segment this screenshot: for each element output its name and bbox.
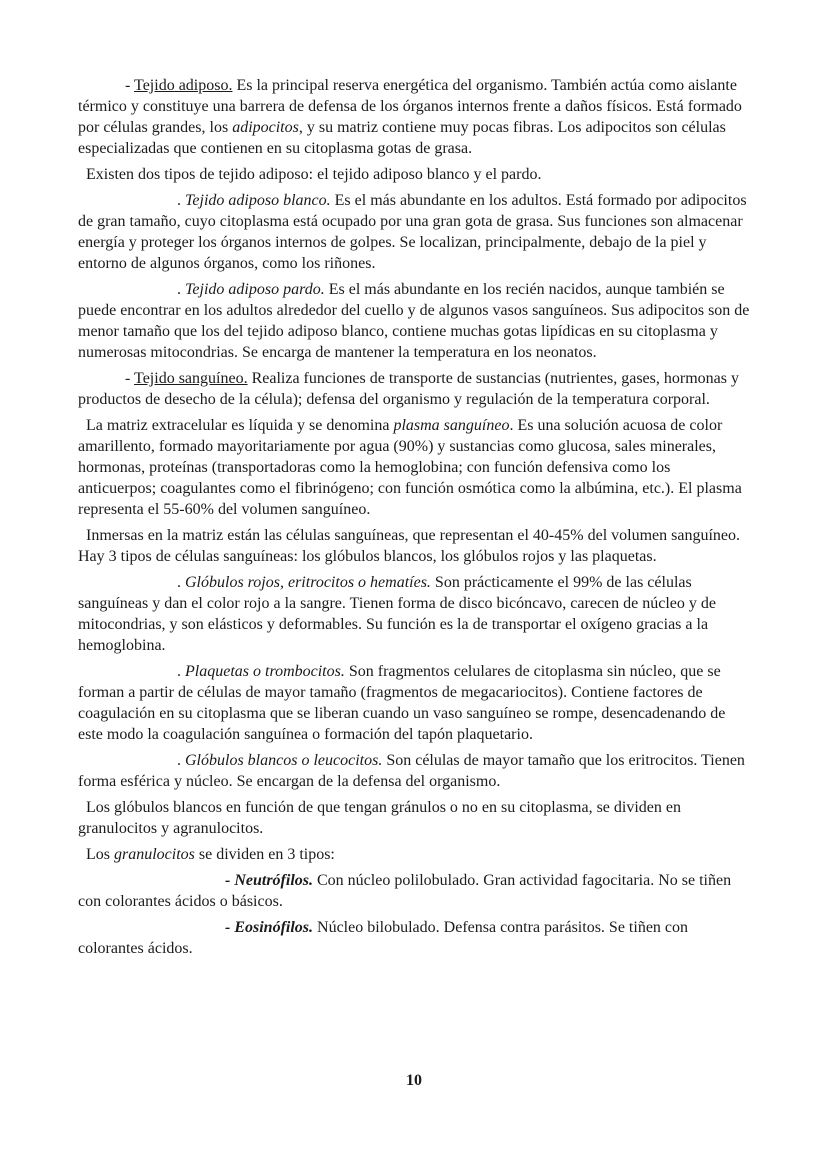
italic-term-globulos-rojos: Glóbulos rojos, eritrocitos o hematíes. bbox=[185, 574, 431, 591]
paragraph-globulos-rojos: . Glóbulos rojos, eritrocitos o hematíes… bbox=[78, 572, 750, 656]
list-dot: . bbox=[177, 574, 185, 591]
paragraph-tipos-tejido-adiposo: Existen dos tipos de tejido adiposo: el … bbox=[78, 164, 750, 185]
paragraph-granulocitos-agranulocitos: Los glóbulos blancos en función de que t… bbox=[78, 797, 750, 839]
italic-term-tejido-adiposo-blanco: Tejido adiposo blanco. bbox=[185, 192, 331, 209]
paragraph-text: se dividen en 3 tipos: bbox=[195, 846, 335, 863]
document-page: - Tejido adiposo. Es la principal reserv… bbox=[0, 0, 828, 1171]
list-dot: . bbox=[177, 281, 185, 298]
list-dot: . bbox=[177, 752, 185, 769]
list-dash: - bbox=[225, 872, 234, 889]
italic-term-plaquetas: Plaquetas o trombocitos. bbox=[185, 663, 345, 680]
paragraph-tejido-sanguineo: - Tejido sanguíneo. Realiza funciones de… bbox=[78, 368, 750, 410]
paragraph-text: Los glóbulos blancos en función de que t… bbox=[78, 799, 681, 837]
paragraph-neutrofilos: - Neutrófilos. Con núcleo polilobulado. … bbox=[78, 870, 750, 912]
paragraph-eosinofilos: - Eosinófilos. Núcleo bilobulado. Defens… bbox=[78, 917, 750, 959]
underlined-term-tejido-adiposo: Tejido adiposo. bbox=[134, 77, 232, 94]
bold-italic-term-neutrofilos: Neutrófilos. bbox=[234, 872, 313, 889]
paragraph-text: Núcleo bilobulado. Defensa contra parási… bbox=[78, 919, 688, 957]
paragraph-text: Con núcleo polilobulado. Gran actividad … bbox=[78, 872, 731, 910]
paragraph-text: Los bbox=[86, 846, 114, 863]
list-dot: . bbox=[177, 663, 185, 680]
italic-term-globulos-blancos: Glóbulos blancos o leucocitos. bbox=[185, 752, 382, 769]
paragraph-tejido-adiposo: - Tejido adiposo. Es la principal reserv… bbox=[78, 75, 750, 159]
list-dash: - bbox=[125, 77, 134, 94]
paragraph-tejido-adiposo-blanco: . Tejido adiposo blanco. Es el más abund… bbox=[78, 190, 750, 274]
paragraph-celulas-sanguineas: Inmersas en la matriz están las células … bbox=[78, 525, 750, 567]
paragraph-text: Son fragmentos celulares de citoplasma s… bbox=[78, 663, 725, 743]
italic-term-plasma-sanguineo: plasma sanguíneo bbox=[393, 417, 509, 434]
paragraph-text: La matriz extracelular es líquida y se d… bbox=[86, 417, 393, 434]
paragraph-granulocitos-tipos: Los granulocitos se dividen en 3 tipos: bbox=[78, 844, 750, 865]
italic-term-tejido-adiposo-pardo: Tejido adiposo pardo. bbox=[185, 281, 325, 298]
italic-term-adipocitos: adipocitos bbox=[232, 119, 299, 136]
list-dash: - bbox=[225, 919, 234, 936]
list-dash: - bbox=[125, 370, 134, 387]
paragraph-globulos-blancos: . Glóbulos blancos o leucocitos. Son cél… bbox=[78, 750, 750, 792]
page-number: 10 bbox=[0, 1070, 828, 1091]
document-body: - Tejido adiposo. Es la principal reserv… bbox=[0, 0, 828, 959]
list-dot: . bbox=[177, 192, 185, 209]
paragraph-tejido-adiposo-pardo: . Tejido adiposo pardo. Es el más abunda… bbox=[78, 279, 750, 363]
paragraph-text: Existen dos tipos de tejido adiposo: el … bbox=[86, 166, 541, 183]
italic-term-granulocitos: granulocitos bbox=[114, 846, 195, 863]
bold-italic-term-eosinofilos: Eosinófilos. bbox=[234, 919, 313, 936]
paragraph-plaquetas: . Plaquetas o trombocitos. Son fragmento… bbox=[78, 661, 750, 745]
paragraph-plasma-sanguineo: La matriz extracelular es líquida y se d… bbox=[78, 415, 750, 520]
underlined-term-tejido-sanguineo: Tejido sanguíneo. bbox=[134, 370, 248, 387]
paragraph-text: Inmersas en la matriz están las células … bbox=[78, 527, 740, 565]
